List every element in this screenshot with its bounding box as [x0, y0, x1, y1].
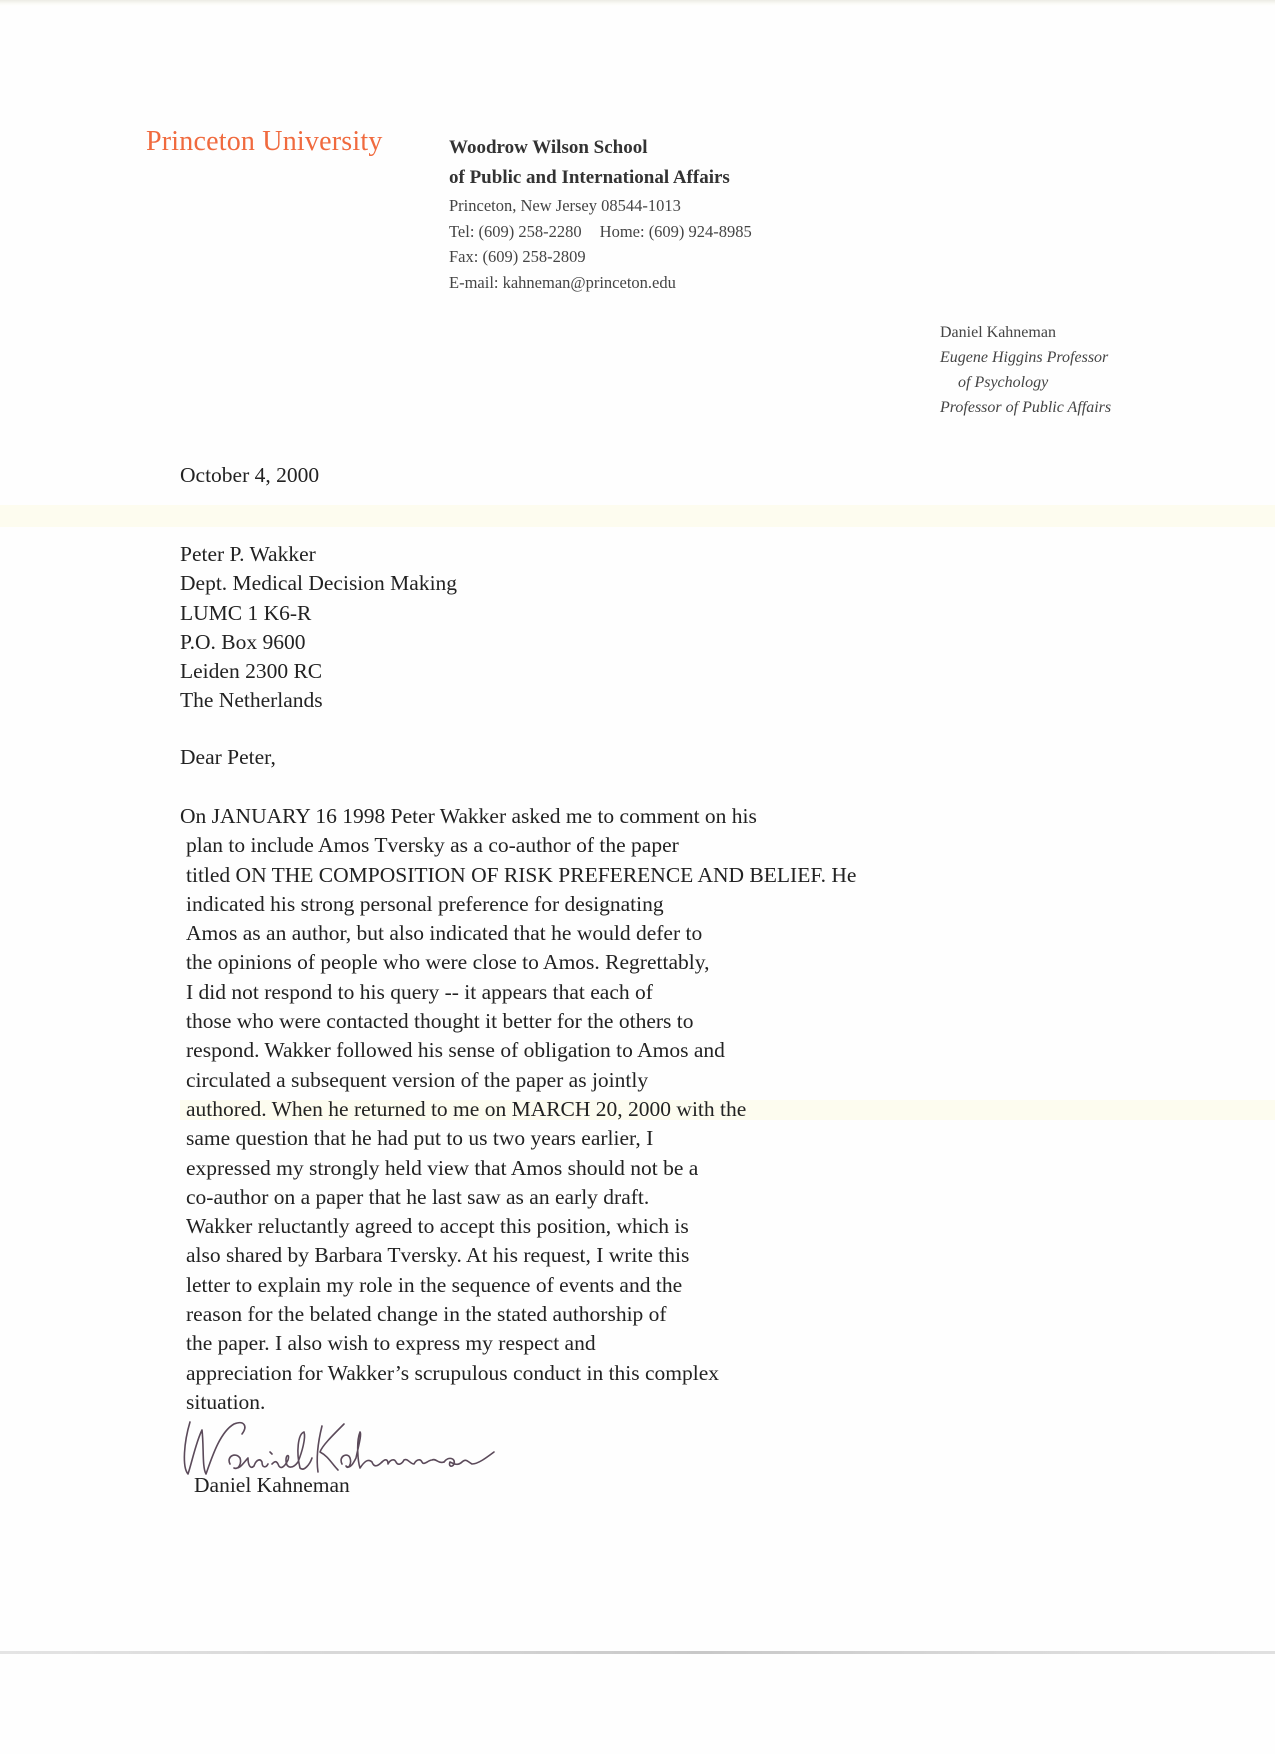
sender-title-1: Eugene Higgins Professor	[940, 345, 1111, 370]
paper-tint	[0, 505, 1275, 527]
typed-signature-name: Daniel Kahneman	[194, 1473, 350, 1498]
body-line: plan to include Amos Tversky as a co-aut…	[180, 831, 856, 860]
recipient-address: Peter P. Wakker Dept. Medical Decision M…	[180, 540, 457, 716]
body-line: authored. When he returned to me on MARC…	[180, 1095, 856, 1124]
body-line: Amos as an author, but also indicated th…	[180, 919, 856, 948]
tel-number: Tel: (609) 258-2280	[449, 222, 582, 241]
body-line: respond. Wakker followed his sense of ob…	[180, 1036, 856, 1065]
recipient-line: Dept. Medical Decision Making	[180, 569, 457, 598]
salutation: Dear Peter,	[180, 745, 276, 770]
sender-title-block: Daniel Kahneman Eugene Higgins Professor…	[940, 320, 1111, 420]
body-line: co-author on a paper that he last saw as…	[180, 1183, 856, 1212]
recipient-line: LUMC 1 K6-R	[180, 599, 457, 628]
recipient-line: Peter P. Wakker	[180, 540, 457, 569]
school-address: Princeton, New Jersey 08544-1013	[449, 193, 752, 219]
sender-title-2: of Psychology	[940, 370, 1111, 395]
recipient-line: Leiden 2300 RC	[180, 657, 457, 686]
sender-title-3: Professor of Public Affairs	[940, 395, 1111, 420]
scan-edge-top	[0, 0, 1275, 6]
body-line: those who were contacted thought it bett…	[180, 1007, 856, 1036]
body-line: circulated a subsequent version of the p…	[180, 1066, 856, 1095]
letter-date: October 4, 2000	[180, 463, 319, 488]
body-line: the opinions of people who were close to…	[180, 948, 856, 977]
body-line: Wakker reluctantly agreed to accept this…	[180, 1212, 856, 1241]
body-line: expressed my strongly held view that Amo…	[180, 1154, 856, 1183]
recipient-line: The Netherlands	[180, 686, 457, 715]
fax-number: Fax: (609) 258-2809	[449, 244, 752, 270]
letterhead-school-block: Woodrow Wilson School of Public and Inte…	[449, 133, 752, 295]
body-line: indicated his strong personal preference…	[180, 890, 856, 919]
home-number: Home: (609) 924-8985	[600, 222, 752, 241]
body-line: the paper. I also wish to express my res…	[180, 1329, 856, 1358]
letter-page: Princeton University Woodrow Wilson Scho…	[0, 0, 1275, 1754]
phone-line: Tel: (609) 258-2280Home: (609) 924-8985	[449, 219, 752, 245]
body-line: reason for the belated change in the sta…	[180, 1300, 856, 1329]
body-line: letter to explain my role in the sequenc…	[180, 1271, 856, 1300]
email-address: E-mail: kahneman@princeton.edu	[449, 270, 752, 296]
body-line: same question that he had put to us two …	[180, 1124, 856, 1153]
sender-name: Daniel Kahneman	[940, 320, 1111, 345]
school-name-line1: Woodrow Wilson School	[449, 133, 752, 163]
body-line: also shared by Barbara Tversky. At his r…	[180, 1241, 856, 1270]
letter-body: On JANUARY 16 1998 Peter Wakker asked me…	[180, 802, 856, 1417]
body-line: appreciation for Wakker’s scrupulous con…	[180, 1359, 856, 1388]
body-line: titled ON THE COMPOSITION OF RISK PREFER…	[180, 861, 856, 890]
body-line: On JANUARY 16 1998 Peter Wakker asked me…	[180, 802, 856, 831]
scan-edge-bottom	[0, 1651, 1275, 1654]
recipient-line: P.O. Box 9600	[180, 628, 457, 657]
institution-logo: Princeton University	[146, 126, 383, 158]
school-name-line2: of Public and International Affairs	[449, 163, 752, 193]
handwritten-signature-icon	[182, 1412, 582, 1482]
body-line: I did not respond to his query -- it app…	[180, 978, 856, 1007]
